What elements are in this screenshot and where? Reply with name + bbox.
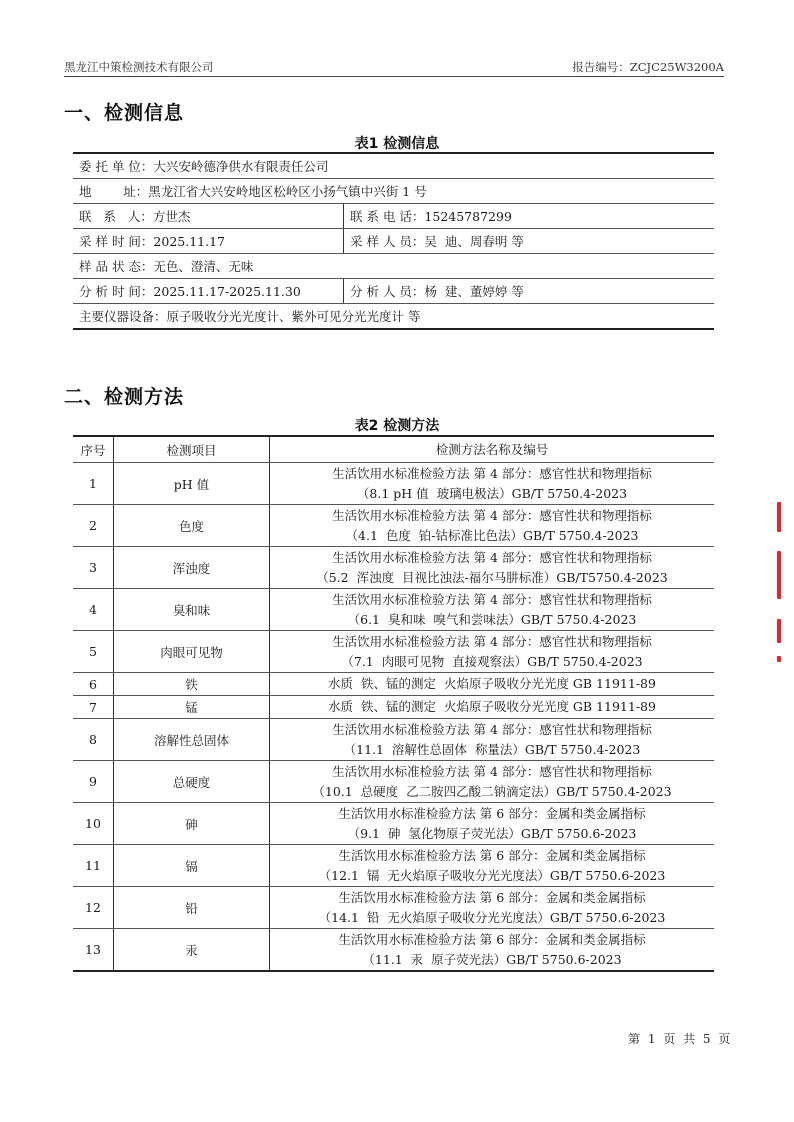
company-name: 黑龙江中策检测技术有限公司	[64, 59, 214, 75]
row-item: 肉眼可见物	[114, 631, 270, 672]
method-line1: 生活饮用水标准检验方法 第 4 部分：感官性状和物理指标	[332, 632, 652, 652]
seal-fragment	[777, 551, 781, 599]
row-method: 生活饮用水标准检验方法 第 6 部分：金属和类金属指标 （14.1 铅 无火焰原…	[270, 887, 714, 928]
row-method: 生活饮用水标准检验方法 第 4 部分：感官性状和物理指标 （11.1 溶解性总固…	[270, 719, 714, 760]
analysis-time-value: 2025.11.17-2025.11.30	[153, 284, 300, 299]
method-line2: （4.1 色度 铂-钴标准比色法）GB/T 5750.4-2023	[346, 526, 639, 546]
row-no: 1	[73, 463, 114, 504]
seal-fragment	[777, 619, 781, 643]
address-label: 地 址：	[79, 182, 148, 200]
sample-state-label: 样 品 状 态：	[79, 257, 153, 275]
row-item: 溶解性总固体	[114, 719, 270, 760]
method-line1: 水质 铁、锰的测定 火焰原子吸收分光光度 GB 11911-89	[328, 674, 656, 694]
row-method: 生活饮用水标准检验方法 第 4 部分：感官性状和物理指标 （7.1 肉眼可见物 …	[270, 631, 714, 672]
sampling-time-value: 2025.11.17	[153, 234, 225, 249]
row-method: 生活饮用水标准检验方法 第 6 部分：金属和类金属指标 （12.1 镉 无火焰原…	[270, 845, 714, 886]
method-line2: （12.1 镉 无火焰原子吸收分光光度法）GB/T 5750.6-2023	[319, 866, 666, 886]
row-item: 汞	[114, 929, 270, 970]
phone-label: 联 系 电 话：	[350, 207, 424, 225]
table-row: 11 镉 生活饮用水标准检验方法 第 6 部分：金属和类金属指标 （12.1 镉…	[73, 844, 714, 886]
table-row: 6 铁 水质 铁、锰的测定 火焰原子吸收分光光度 GB 11911-89	[73, 672, 714, 695]
method-line1: 生活饮用水标准检验方法 第 4 部分：感官性状和物理指标	[332, 548, 652, 568]
phone-value: 15245787299	[424, 209, 511, 224]
table-row: 12 铅 生活饮用水标准检验方法 第 6 部分：金属和类金属指标 （14.1 铅…	[73, 886, 714, 928]
col-header-method: 检测方法名称及编号	[270, 437, 714, 462]
method-line2: （10.1 总硬度 乙二胺四乙酸二钠滴定法）GB/T 5750.4-2023	[312, 782, 671, 802]
row-no: 9	[73, 761, 114, 802]
row-method: 生活饮用水标准检验方法 第 4 部分：感官性状和物理指标 （10.1 总硬度 乙…	[270, 761, 714, 802]
method-line1: 生活饮用水标准检验方法 第 6 部分：金属和类金属指标	[338, 846, 645, 866]
row-item: pH 值	[114, 463, 270, 504]
row-no: 7	[73, 696, 114, 718]
row-no: 11	[73, 845, 114, 886]
method-line1: 生活饮用水标准检验方法 第 4 部分：感官性状和物理指标	[332, 506, 652, 526]
method-line2: （8.1 pH 值 玻璃电极法）GB/T 5750.4-2023	[357, 484, 627, 504]
analysis-time-label: 分 析 时 间：	[79, 282, 153, 300]
row-no: 8	[73, 719, 114, 760]
table-header-row: 序号 检测项目 检测方法名称及编号	[73, 437, 714, 462]
row-method: 生活饮用水标准检验方法 第 4 部分：感官性状和物理指标 （4.1 色度 铂-钴…	[270, 505, 714, 546]
row-method: 水质 铁、锰的测定 火焰原子吸收分光光度 GB 11911-89	[270, 673, 714, 695]
method-line1: 生活饮用水标准检验方法 第 6 部分：金属和类金属指标	[338, 888, 645, 908]
address-value: 黑龙江省大兴安岭地区松岭区小扬气镇中兴街 1 号	[148, 182, 426, 200]
row-no: 13	[73, 929, 114, 970]
sample-state-value: 无色、澄清、无味	[153, 257, 253, 275]
row-item: 总硬度	[114, 761, 270, 802]
row-analysis: 分 析 时 间： 2025.11.17-2025.11.30 分 析 人 员： …	[73, 278, 714, 303]
row-sample-state: 样 品 状 态： 无色、澄清、无味	[73, 253, 714, 278]
equipment-label: 主要仪器设备：	[79, 307, 167, 325]
row-contact: 联 系 人： 方世杰 联 系 电 话： 15245787299	[73, 203, 714, 228]
client-label: 委 托 单 位：	[79, 157, 153, 175]
col-header-item: 检测项目	[114, 437, 270, 462]
row-item: 臭和味	[114, 589, 270, 630]
row-no: 4	[73, 589, 114, 630]
table-row: 2 色度 生活饮用水标准检验方法 第 4 部分：感官性状和物理指标 （4.1 色…	[73, 504, 714, 546]
row-item: 铁	[114, 673, 270, 695]
analyst-value: 杨 建、董婷婷 等	[424, 282, 523, 300]
table-row: 1 pH 值 生活饮用水标准检验方法 第 4 部分：感官性状和物理指标 （8.1…	[73, 462, 714, 504]
row-method: 生活饮用水标准检验方法 第 6 部分：金属和类金属指标 （9.1 砷 氢化物原子…	[270, 803, 714, 844]
method-line2: （5.2 浑浊度 目视比浊法-福尔马肼标准）GB/T5750.4-2023	[316, 568, 668, 588]
sampler-label: 采 样 人 员：	[350, 232, 424, 250]
method-line1: 生活饮用水标准检验方法 第 6 部分：金属和类金属指标	[338, 804, 645, 824]
table1-caption: 表1 检测信息	[0, 133, 794, 153]
method-line2: （9.1 砷 氢化物原子荧光法）GB/T 5750.6-2023	[348, 824, 637, 844]
row-no: 6	[73, 673, 114, 695]
table-row: 4 臭和味 生活饮用水标准检验方法 第 4 部分：感官性状和物理指标 （6.1 …	[73, 588, 714, 630]
row-item: 砷	[114, 803, 270, 844]
equipment-value: 原子吸收分光光度计、紫外可见分光光度计 等	[167, 307, 421, 325]
row-no: 2	[73, 505, 114, 546]
method-line1: 生活饮用水标准检验方法 第 4 部分：感官性状和物理指标	[332, 762, 652, 782]
sampling-time-label: 采 样 时 间：	[79, 232, 153, 250]
row-item: 色度	[114, 505, 270, 546]
table-row: 13 汞 生活饮用水标准检验方法 第 6 部分：金属和类金属指标 （11.1 汞…	[73, 928, 714, 970]
row-equipment: 主要仪器设备： 原子吸收分光光度计、紫外可见分光光度计 等	[73, 303, 714, 328]
method-line1: 生活饮用水标准检验方法 第 6 部分：金属和类金属指标	[338, 930, 645, 950]
seal-fragment	[777, 656, 781, 662]
table-row: 8 溶解性总固体 生活饮用水标准检验方法 第 4 部分：感官性状和物理指标 （1…	[73, 718, 714, 760]
table-row: 9 总硬度 生活饮用水标准检验方法 第 4 部分：感官性状和物理指标 （10.1…	[73, 760, 714, 802]
row-no: 3	[73, 547, 114, 588]
row-client: 委 托 单 位： 大兴安岭德净供水有限责任公司	[73, 154, 714, 178]
report-number: 报告编号：ZCJC25W3200A	[572, 59, 724, 75]
row-method: 水质 铁、锰的测定 火焰原子吸收分光光度 GB 11911-89	[270, 696, 714, 718]
method-line2: （6.1 臭和味 嗅气和尝味法）GB/T 5750.4-2023	[348, 610, 637, 630]
row-no: 10	[73, 803, 114, 844]
page-header: 黑龙江中策检测技术有限公司 报告编号：ZCJC25W3200A	[64, 58, 724, 77]
row-item: 浑浊度	[114, 547, 270, 588]
detection-info-table: 委 托 单 位： 大兴安岭德净供水有限责任公司 地 址： 黑龙江省大兴安岭地区松…	[73, 152, 714, 330]
table-row: 10 砷 生活饮用水标准检验方法 第 6 部分：金属和类金属指标 （9.1 砷 …	[73, 802, 714, 844]
table-row: 3 浑浊度 生活饮用水标准检验方法 第 4 部分：感官性状和物理指标 （5.2 …	[73, 546, 714, 588]
row-no: 5	[73, 631, 114, 672]
method-line2: （11.1 汞 原子荧光法）GB/T 5750.6-2023	[362, 950, 621, 970]
seal-fragment	[777, 502, 781, 532]
method-line2: （7.1 肉眼可见物 直接观察法）GB/T 5750.4-2023	[341, 652, 642, 672]
method-line2: （11.1 溶解性总固体 称量法）GB/T 5750.4-2023	[344, 740, 641, 760]
col-header-no: 序号	[73, 437, 114, 462]
row-method: 生活饮用水标准检验方法 第 4 部分：感官性状和物理指标 （8.1 pH 值 玻…	[270, 463, 714, 504]
table2-caption: 表2 检测方法	[0, 415, 794, 435]
row-method: 生活饮用水标准检验方法 第 4 部分：感官性状和物理指标 （6.1 臭和味 嗅气…	[270, 589, 714, 630]
section1-title: 一、检测信息	[64, 98, 184, 125]
row-item: 铅	[114, 887, 270, 928]
method-line1: 生活饮用水标准检验方法 第 4 部分：感官性状和物理指标	[332, 464, 652, 484]
page-number: 第 1 页 共 5 页	[628, 1030, 732, 1047]
sampler-value: 吴 迪、周春明 等	[424, 232, 523, 250]
detection-method-table: 序号 检测项目 检测方法名称及编号 1 pH 值 生活饮用水标准检验方法 第 4…	[73, 435, 714, 972]
section2-title: 二、检测方法	[64, 382, 184, 409]
table-row: 7 锰 水质 铁、锰的测定 火焰原子吸收分光光度 GB 11911-89	[73, 695, 714, 718]
row-no: 12	[73, 887, 114, 928]
method-line1: 生活饮用水标准检验方法 第 4 部分：感官性状和物理指标	[332, 720, 652, 740]
table-row: 5 肉眼可见物 生活饮用水标准检验方法 第 4 部分：感官性状和物理指标 （7.…	[73, 630, 714, 672]
method-line1: 水质 铁、锰的测定 火焰原子吸收分光光度 GB 11911-89	[328, 697, 656, 717]
row-sampling: 采 样 时 间： 2025.11.17 采 样 人 员： 吴 迪、周春明 等	[73, 228, 714, 253]
row-item: 锰	[114, 696, 270, 718]
client-value: 大兴安岭德净供水有限责任公司	[153, 157, 328, 175]
row-method: 生活饮用水标准检验方法 第 6 部分：金属和类金属指标 （11.1 汞 原子荧光…	[270, 929, 714, 970]
analyst-label: 分 析 人 员：	[350, 282, 424, 300]
method-line2: （14.1 铅 无火焰原子吸收分光光度法）GB/T 5750.6-2023	[319, 908, 666, 928]
row-address: 地 址： 黑龙江省大兴安岭地区松岭区小扬气镇中兴街 1 号	[73, 178, 714, 203]
contact-label: 联 系 人：	[79, 207, 153, 225]
row-method: 生活饮用水标准检验方法 第 4 部分：感官性状和物理指标 （5.2 浑浊度 目视…	[270, 547, 714, 588]
method-line1: 生活饮用水标准检验方法 第 4 部分：感官性状和物理指标	[332, 590, 652, 610]
contact-value: 方世杰	[153, 207, 191, 225]
row-item: 镉	[114, 845, 270, 886]
